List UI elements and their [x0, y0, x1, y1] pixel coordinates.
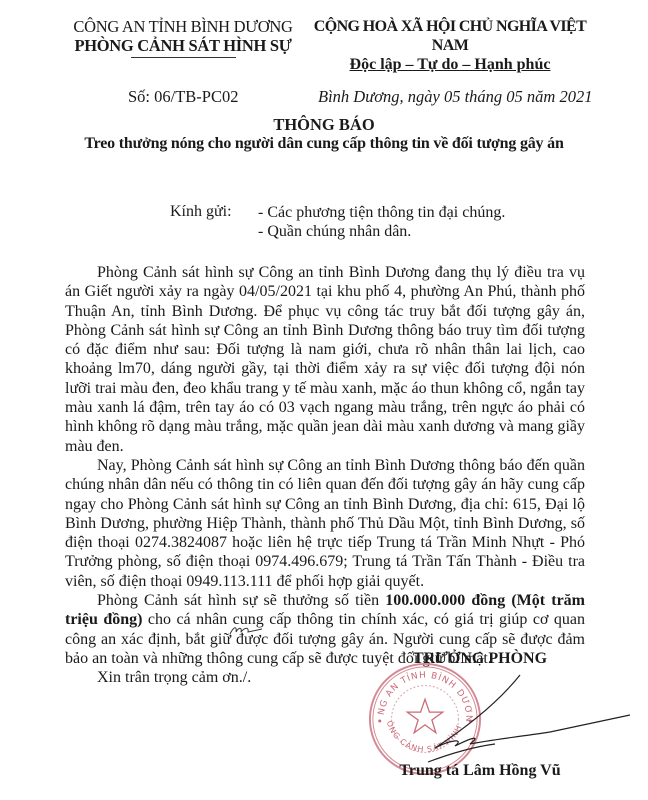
national-header: CỘNG HOÀ XÃ HỘI CHỦ NGHĨA VIỆT NAM Độc l… — [300, 17, 600, 74]
nation-name: CỘNG HOÀ XÃ HỘI CHỦ NGHĨA VIỆT NAM — [300, 17, 600, 55]
department-name: PHÒNG CẢNH SÁT HÌNH SỰ — [60, 36, 306, 55]
document-title: THÔNG BÁO — [0, 115, 648, 135]
document-subtitle: Treo thưởng nóng cho người dân cung cấp … — [0, 135, 648, 153]
recipient-item: - Các phương tiện thông tin đại chúng. — [258, 203, 505, 222]
issuing-agency-header: CÔNG AN TỈNH BÌNH DƯƠNG PHÒNG CẢNH SÁT H… — [60, 17, 306, 58]
agency-name: CÔNG AN TỈNH BÌNH DƯƠNG — [60, 17, 306, 36]
document-number: Số: 06/TB-PC02 — [128, 87, 238, 107]
signatory-name: Trung tá Lâm Hồng Vũ — [360, 762, 600, 780]
recipients-label: Kính gửi: — [170, 203, 232, 221]
initials-scribble-icon — [228, 623, 268, 637]
reward-text-lead: Phòng Cảnh sát hình sự sẽ thưởng số tiền — [97, 592, 385, 609]
body-paragraph-contact: Nay, Phòng Cảnh sát hình sự Công an tỉnh… — [65, 456, 585, 591]
document-body: Phòng Cảnh sát hình sự Công an tỉnh Bình… — [65, 263, 585, 688]
header-left-divider — [131, 57, 236, 58]
body-paragraph-description: Phòng Cảnh sát hình sự Công an tỉnh Bình… — [65, 263, 585, 456]
place-date: Bình Dương, ngày 05 tháng 05 năm 2021 — [318, 87, 592, 107]
handwritten-signature-icon — [420, 670, 640, 770]
recipient-item: - Quần chúng nhân dân. — [258, 222, 505, 241]
national-motto: Độc lập – Tự do – Hạnh phúc — [300, 55, 600, 74]
recipients-list: - Các phương tiện thông tin đại chúng. -… — [258, 203, 505, 241]
